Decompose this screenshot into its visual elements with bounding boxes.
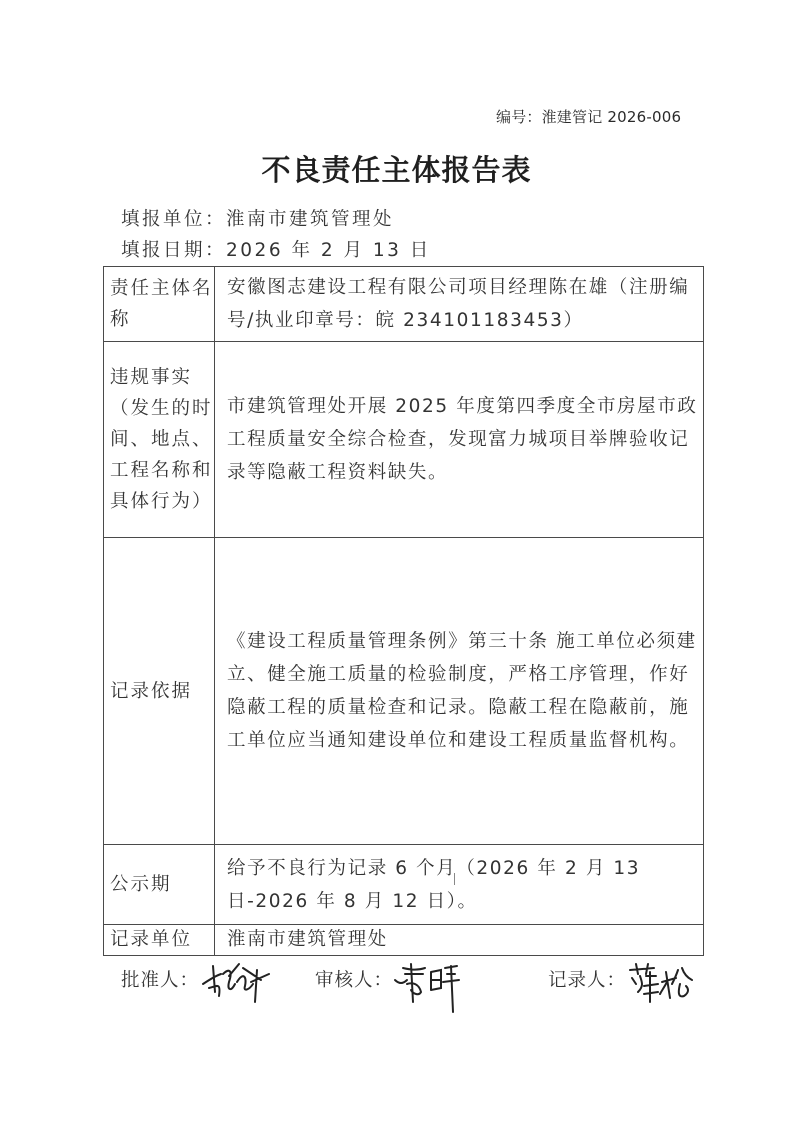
value-publicity-period: 给予不良行为记录 6 个月（2026 年 2 月 13 日-2026 年 8 月… [215,845,704,925]
document-number: 编号：淮建管记 2026-006 [496,106,681,127]
signature-area: 批准人： 审核人： 记录人： [0,962,793,1022]
label-record-basis: 记录依据 [104,538,215,845]
approver-label: 批准人： [121,962,199,992]
reviewer-block: 审核人： [315,962,463,1017]
table-row-record-basis: 记录依据 《建设工程质量管理条例》第三十条 施工单位必须建立、健全施工质量的检验… [104,538,704,845]
reporting-unit-label: 填报单位： [121,209,226,230]
reporting-date-label: 填报日期： [121,240,226,261]
reporting-date-line: 填报日期：2026 年 2 月 13 日 [121,236,431,262]
value-violation-facts: 市建筑管理处开展 2025 年度第四季度全市房屋市政工程质量安全综合检查，发现富… [215,342,704,538]
document-title: 不良责任主体报告表 [0,148,793,189]
reporting-date-value: 2026 年 2 月 13 日 [226,240,431,261]
recorder-signature-icon [626,962,696,1010]
table-row-responsible-entity: 责任主体名称 安徽图志建设工程有限公司项目经理陈在雄（注册编号/执业印章号：皖 … [104,267,704,342]
value-record-basis: 《建设工程质量管理条例》第三十条 施工单位必须建立、健全施工质量的检验制度，严格… [215,538,704,845]
label-recording-unit: 记录单位 [104,925,215,956]
value-recording-unit: 淮南市建筑管理处 [215,925,704,956]
stray-mark [454,873,455,885]
reporting-unit-value: 淮南市建筑管理处 [226,209,394,230]
label-responsible-entity: 责任主体名称 [104,267,215,342]
label-publicity-period: 公示期 [104,845,215,925]
reviewer-signature-icon [393,962,463,1017]
label-violation-facts: 违规事实（发生的时间、地点、工程名称和具体行为） [104,342,215,538]
report-table: 责任主体名称 安徽图志建设工程有限公司项目经理陈在雄（注册编号/执业印章号：皖 … [103,266,704,956]
table-row-violation-facts: 违规事实（发生的时间、地点、工程名称和具体行为） 市建筑管理处开展 2025 年… [104,342,704,538]
reporting-unit-line: 填报单位：淮南市建筑管理处 [121,205,394,231]
table-row-publicity-period: 公示期 给予不良行为记录 6 个月（2026 年 2 月 13 日-2026 年… [104,845,704,925]
reviewer-label: 审核人： [315,962,393,992]
approver-signature-icon [199,962,274,1012]
recorder-label: 记录人： [548,962,626,992]
recorder-block: 记录人： [548,962,696,1010]
value-responsible-entity: 安徽图志建设工程有限公司项目经理陈在雄（注册编号/执业印章号：皖 2341011… [215,267,704,342]
table-row-recording-unit: 记录单位 淮南市建筑管理处 [104,925,704,956]
approver-block: 批准人： [121,962,274,1012]
